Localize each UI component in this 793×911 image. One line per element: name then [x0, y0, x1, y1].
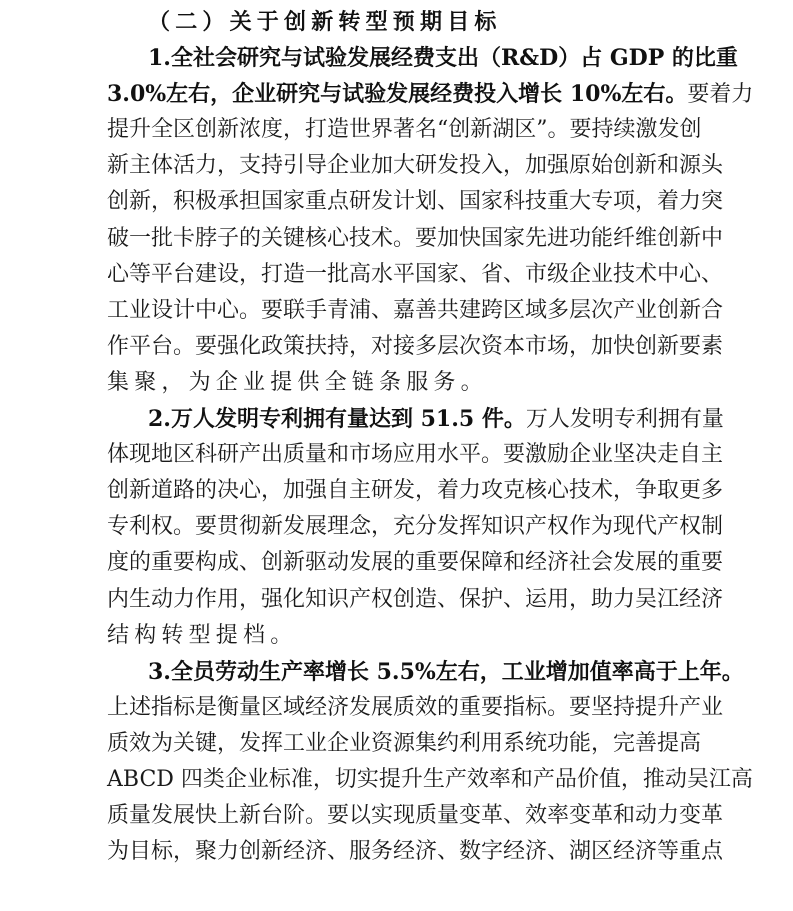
body-text: 工业设计中心。要联手青浦、嘉善共建跨区域多层次产业创新合 [107, 298, 723, 323]
body-text: 破一批卡脖子的关键核心技术。要加快国家先进功能纤维创新中 [107, 226, 723, 251]
paragraph-line: 破一批卡脖子的关键核心技术。要加快国家先进功能纤维创新中 [107, 221, 689, 257]
item-1-paragraph: 1.全社会研究与试验发展经费支出（R&D）占 GDP 的比重 3.0%左右，企业… [107, 40, 689, 401]
body-text: 内生动力作用，强化知识产权创造、保护、运用，助力吴江经济 [107, 587, 723, 612]
body-text: 专利权。要贯彻新发展理念，充分发挥知识产权作为现代产权制 [107, 514, 723, 539]
paragraph-line: 创新，积极承担国家重点研发计划、国家科技重大专项，着力突 [107, 184, 689, 220]
paragraph-line: 质效为关键，发挥工业企业资源集约利用系统功能，完善提高 [107, 726, 689, 762]
paragraph-line: 心等平台建设，打造一批高水平国家、省、市级企业技术中心、 [107, 257, 689, 293]
body-text: ABCD 四类企业标准，切实提升生产效率和产品价值，推动吴江高 [107, 767, 753, 792]
paragraph-line: 3.全员劳动生产率增长 5.5%左右，工业增加值率高于上年。 [107, 654, 689, 690]
paragraph-line: 上述指标是衡量区域经济发展质效的重要指标。要坚持提升产业 [107, 690, 689, 726]
paragraph-line: 提升全区创新浓度，打造世界著名“创新湖区”。要持续激发创 [107, 112, 689, 148]
paragraph-line: 1.全社会研究与试验发展经费支出（R&D）占 GDP 的比重 [107, 40, 689, 76]
item-2-paragraph: 2.万人发明专利拥有量达到 51.5 件。万人发明专利拥有量 体现地区科研产出质… [107, 401, 689, 654]
body-text: 体现地区科研产出质量和市场应用水平。要激励企业坚决走自主 [107, 442, 723, 467]
paragraph-line: 质量发展快上新台阶。要以实现质量变革、效率变革和动力变革 [107, 798, 689, 834]
paragraph-line-last: 结构转型提档。 [107, 618, 689, 654]
body-text: 新主体活力，支持引导企业加大研发投入，加强原始创新和源头 [107, 153, 723, 178]
paragraph-line: ABCD 四类企业标准，切实提升生产效率和产品价值，推动吴江高 [107, 762, 689, 798]
body-text: 创新，积极承担国家重点研发计划、国家科技重大专项，着力突 [107, 189, 723, 214]
body-text: 集聚，为企业提供全链条服务。 [107, 370, 488, 395]
paragraph-line: 创新道路的决心，加强自主研发，着力攻克核心技术，争取更多 [107, 473, 689, 509]
body-text: 万人发明专利拥有量 [526, 407, 724, 432]
bold-target-text: 3.全员劳动生产率增长 5.5%左右，工业增加值率高于上年。 [148, 659, 744, 685]
bold-target-text: 2.万人发明专利拥有量达到 51.5 件。 [148, 406, 526, 432]
bold-target-text: 1.全社会研究与试验发展经费支出（R&D）占 GDP 的比重 [148, 45, 738, 71]
paragraph-line: 新主体活力，支持引导企业加大研发投入，加强原始创新和源头 [107, 148, 689, 184]
body-text: 为目标，聚力创新经济、服务经济、数字经济、湖区经济等重点 [107, 839, 723, 864]
body-text: 提升全区创新浓度，打造世界著名“创新湖区”。要持续激发创 [107, 117, 702, 142]
paragraph-line: 专利权。要贯彻新发展理念，充分发挥知识产权作为现代产权制 [107, 509, 689, 545]
body-text: 结构转型提档。 [107, 623, 297, 648]
body-text: 要着力 [687, 82, 753, 107]
body-text: 创新道路的决心，加强自主研发，着力攻克核心技术，争取更多 [107, 478, 723, 503]
item-3-paragraph: 3.全员劳动生产率增长 5.5%左右，工业增加值率高于上年。 上述指标是衡量区域… [107, 654, 689, 871]
paragraph-line-last: 集聚，为企业提供全链条服务。 [107, 365, 689, 401]
paragraph-line: 内生动力作用，强化知识产权创造、保护、运用，助力吴江经济 [107, 582, 689, 618]
paragraph-line: 作平台。要强化政策扶持，对接多层次资本市场，加快创新要素 [107, 329, 689, 365]
body-text: 作平台。要强化政策扶持，对接多层次资本市场，加快创新要素 [107, 334, 723, 359]
paragraph-line: 2.万人发明专利拥有量达到 51.5 件。万人发明专利拥有量 [107, 401, 689, 437]
section-heading: （二）关于创新转型预期目标 [107, 4, 689, 40]
body-text: 质量发展快上新台阶。要以实现质量变革、效率变革和动力变革 [107, 803, 723, 828]
document-page: （二）关于创新转型预期目标 1.全社会研究与试验发展经费支出（R&D）占 GDP… [107, 4, 689, 870]
body-text: 上述指标是衡量区域经济发展质效的重要指标。要坚持提升产业 [107, 695, 723, 720]
paragraph-line: 体现地区科研产出质量和市场应用水平。要激励企业坚决走自主 [107, 437, 689, 473]
body-text: 度的重要构成、创新驱动发展的重要保障和经济社会发展的重要 [107, 550, 723, 575]
paragraph-line: 度的重要构成、创新驱动发展的重要保障和经济社会发展的重要 [107, 545, 689, 581]
body-text: 心等平台建设，打造一批高水平国家、省、市级企业技术中心、 [107, 262, 723, 287]
bold-target-text: 3.0%左右，企业研究与试验发展经费投入增长 10%左右。 [107, 81, 687, 107]
body-text: 质效为关键，发挥工业企业资源集约利用系统功能，完善提高 [107, 731, 701, 756]
paragraph-line: 为目标，聚力创新经济、服务经济、数字经济、湖区经济等重点 [107, 834, 689, 870]
paragraph-line: 工业设计中心。要联手青浦、嘉善共建跨区域多层次产业创新合 [107, 293, 689, 329]
paragraph-line: 3.0%左右，企业研究与试验发展经费投入增长 10%左右。要着力 [107, 76, 689, 112]
